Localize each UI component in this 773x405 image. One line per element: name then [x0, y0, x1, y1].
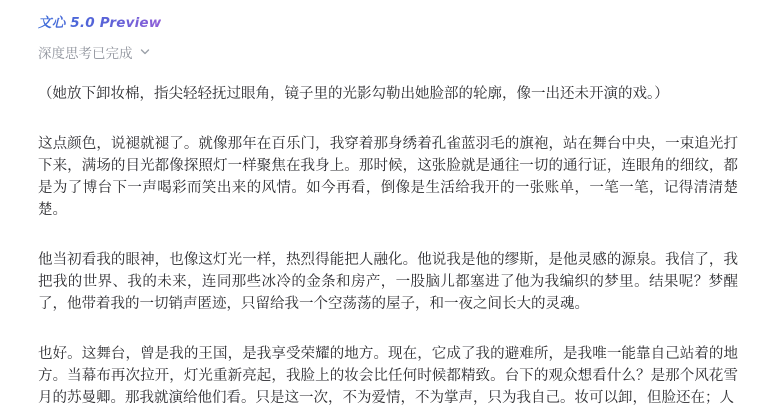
response-content: （她放下卸妆棉，指尖轻轻抚过眼角，镜子里的光影勾勒出她脸部的轮廓，像一出还未开演… [38, 83, 738, 405]
response-paragraph: 也好。这舞台，曾是我的王国，是我享受荣耀的地方。现在，它成了我的避难所，是我唯一… [38, 343, 738, 405]
response-paragraph: 这点颜色，说褪就褪了。就像那年在百乐门，我穿着那身绣着孔雀蓝羽毛的旗袍，站在舞台… [38, 133, 738, 221]
chat-response-panel: 文心 5.0 Preview 深度思考已完成 （她放下卸妆棉，指尖轻轻抚过眼角，… [0, 0, 773, 405]
response-paragraph: （她放下卸妆棉，指尖轻轻抚过眼角，镜子里的光影勾勒出她脸部的轮廓，像一出还未开演… [38, 83, 738, 105]
response-paragraph: 他当初看我的眼神，也像这灯光一样，热烈得能把人融化。他说我是他的缪斯，是他灵感的… [38, 249, 738, 315]
chevron-down-icon [139, 46, 151, 58]
thinking-status-toggle[interactable]: 深度思考已完成 [38, 43, 151, 61]
model-header: 文心 5.0 Preview [38, 12, 738, 30]
thinking-status-label: 深度思考已完成 [38, 42, 133, 62]
model-name-label: 文心 5.0 Preview [38, 11, 161, 31]
